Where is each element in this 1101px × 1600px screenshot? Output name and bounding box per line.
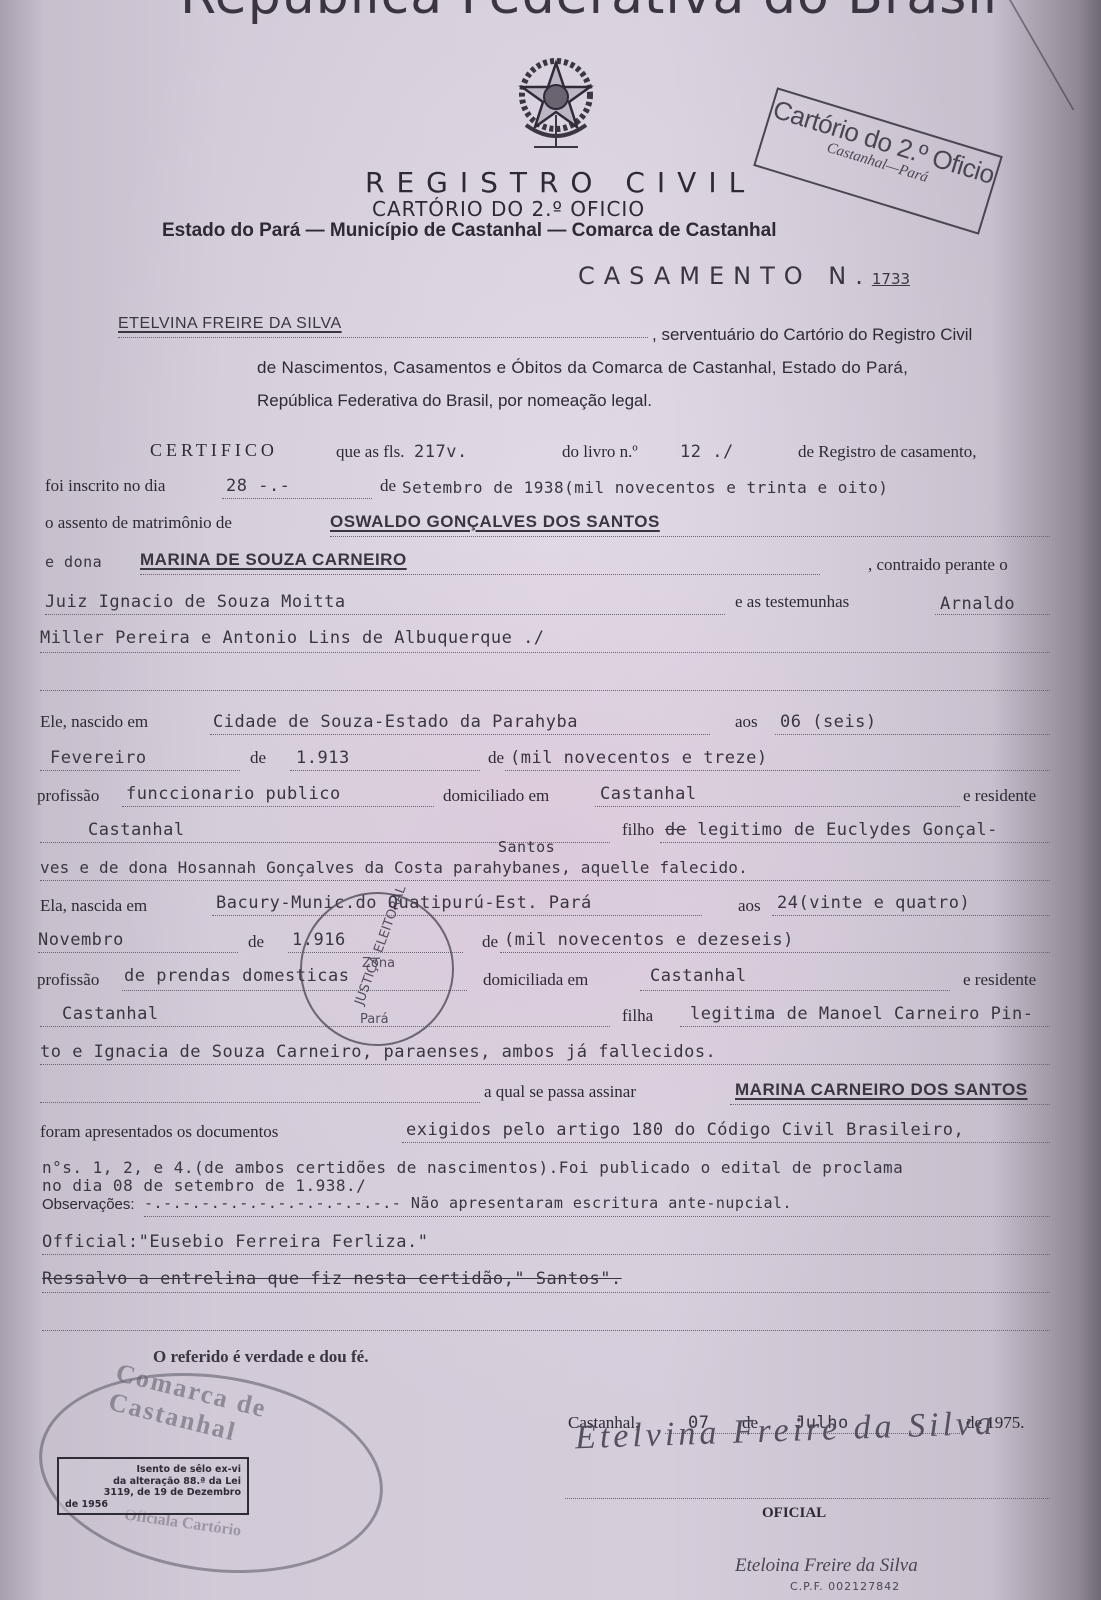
fls-value: 217v. <box>414 442 468 462</box>
documents-line3: no dia 08 de setembro de 1.938./ <box>42 1176 366 1195</box>
case-number: 1733 <box>872 270 910 288</box>
ressalva-line: Ressalvo a entrelina que fiz nesta certi… <box>42 1269 622 1289</box>
bride-filha-label: filha <box>622 1006 653 1026</box>
dotted-rule <box>935 614 1050 615</box>
dotted-rule <box>42 1330 1050 1331</box>
inscrito-day: 28 -.- <box>226 476 290 496</box>
bride-aos-label: aos <box>738 896 761 916</box>
dotted-rule <box>290 770 480 771</box>
contraido-label: , contraido perante o <box>868 555 1008 575</box>
stamp-duty-exemption-box: Isento de sêlo ex-vi da alteração 88.ª d… <box>57 1457 249 1515</box>
bride-profession-label: profissão <box>37 970 99 990</box>
assento-label: o assento de matrimônio de <box>45 513 232 533</box>
registry-title: REGISTRO CIVIL <box>365 166 756 199</box>
dotted-rule <box>222 498 372 499</box>
bride-de-label: de <box>248 932 264 952</box>
groom-birthplace: Cidade de Souza-Estado da Parahyba <box>213 712 578 732</box>
observations-value: -.-.-.-.-.-.-.-.-.-.-.-.-.- Não apresent… <box>144 1194 792 1212</box>
inscrito-date: Setembro de 1938(mil novecentos e trinta… <box>402 478 888 497</box>
married-name: MARINA CARNEIRO DOS SANTOS <box>735 1080 1028 1100</box>
exemption-line: da alteração 88.ª da Lei <box>65 1476 241 1488</box>
dotted-rule <box>775 734 1050 735</box>
witnesses-line: Miller Pereira e Antonio Lins de Albuque… <box>40 628 545 648</box>
signature-line <box>565 1498 1050 1499</box>
dotted-rule <box>595 806 960 807</box>
observations-label: Observações: <box>42 1196 135 1213</box>
dotted-rule <box>40 1064 1050 1065</box>
documents-line2: n°s. 1, 2, e 4.(de ambos certidões de na… <box>42 1158 903 1177</box>
witness-first-name: Arnaldo <box>940 594 1015 614</box>
dotted-rule <box>122 806 434 807</box>
exemption-line: 3119, de 19 de Dezembro <box>65 1487 241 1499</box>
dotted-rule <box>45 614 725 615</box>
judge-name: Juiz Ignacio de Souza Moitta <box>45 592 346 612</box>
exemption-line: Isento de sêlo ex-vi <box>65 1464 241 1476</box>
dotted-rule <box>140 574 820 575</box>
location-line: Estado do Pará — Município de Castanhal … <box>162 220 776 242</box>
bride-domicile-label: domiciliada em <box>483 970 588 990</box>
dotted-rule <box>42 1292 1050 1293</box>
case-heading: CASAMENTO N.1733 <box>578 262 910 290</box>
dotted-rule <box>500 952 1050 953</box>
groom-profession: funccionario publico <box>126 784 341 804</box>
groom-birth-year: 1.913 <box>296 748 350 768</box>
bride-name: MARINA DE SOUZA CARNEIRO <box>140 550 407 570</box>
groom-resident-label: e residente <box>963 786 1036 806</box>
stamp-state-text: Pará <box>360 1012 389 1027</box>
dotted-rule <box>42 1254 1050 1255</box>
groom-birth-month: Fevereiro <box>50 748 147 768</box>
year-suffix: 75. <box>1003 1413 1024 1432</box>
de-label: de <box>380 476 396 496</box>
exemption-line: de 1956 <box>65 1499 241 1511</box>
dotted-rule <box>40 690 1050 691</box>
bride-domicile: Castanhal <box>650 966 747 986</box>
dotted-rule <box>40 880 1050 881</box>
groom-aos-label: aos <box>735 712 758 732</box>
dotted-rule <box>730 1104 1050 1105</box>
groom-name: OSWALDO GONÇALVES DOS SANTOS <box>330 512 660 532</box>
documents-label: foram apresentados os documentos <box>40 1122 278 1142</box>
dotted-rule <box>210 734 710 735</box>
groom-domicile-label: domiciliado em <box>443 786 549 806</box>
bride-de-label-2: de <box>482 932 498 952</box>
groom-parents-line1: de legitimo de Euclydes Gonçal- <box>665 820 998 840</box>
official-label: OFICIAL <box>762 1505 826 1522</box>
groom-profession-label: profissão <box>37 786 99 806</box>
bride-resident-label: e residente <box>963 970 1036 990</box>
dotted-rule <box>505 770 1050 771</box>
dotted-rule <box>660 842 1050 843</box>
bride-birth-year-words: (mil novecentos e dezeseis) <box>504 930 794 950</box>
case-label: CASAMENTO N. <box>578 262 872 290</box>
dotted-rule <box>144 1216 1050 1217</box>
dotted-rule <box>40 1102 480 1103</box>
groom-born-label: Ele, nascido em <box>40 712 148 732</box>
groom-birth-day: 06 (seis) <box>780 712 877 732</box>
dotted-rule <box>38 952 238 953</box>
bride-birth-day: 24(vinte e quatro) <box>777 893 970 913</box>
livro-value: 12 ./ <box>680 442 734 462</box>
groom-residence: Castanhal <box>88 820 185 840</box>
signs-as-label: a qual se passa assinar <box>484 1082 636 1102</box>
dotted-rule <box>772 915 1050 916</box>
groom-de-label-2: de <box>488 748 504 768</box>
official-name-stamp: Eteloina Freire da Silva <box>735 1555 918 1577</box>
witnesses-label: e as testemunhas <box>735 592 849 612</box>
stamp-zone-text: Zona <box>362 956 395 971</box>
groom-birth-year-words: (mil novecentos e treze) <box>510 748 768 768</box>
brazil-coat-of-arms-icon <box>508 55 604 151</box>
dotted-rule <box>640 990 950 991</box>
dotted-rule <box>680 1026 1050 1027</box>
preamble-line1: , serventuário do Cartório do Registro C… <box>652 325 972 345</box>
electoral-court-stamp: JUSTIÇA ELEITORAL Zona Pará <box>300 892 454 1046</box>
office-title: CARTÓRIO DO 2.º OFICIO <box>372 197 645 221</box>
bride-residence: Castanhal <box>62 1004 159 1024</box>
bride-born-label: Ela, nascida em <box>40 896 147 916</box>
livro-label: do livro n.º <box>562 442 638 462</box>
bride-parents-line1: legitima de Manoel Carneiro Pin- <box>690 1004 1034 1024</box>
groom-domicile: Castanhal <box>600 784 697 804</box>
bride-birth-month: Novembro <box>38 930 124 950</box>
dotted-rule <box>40 652 1050 653</box>
preamble-line3: República Federativa do Brasil, por nome… <box>257 391 652 411</box>
fls-label: que as fls. <box>336 442 404 462</box>
registro-label: de Registro de casamento, <box>798 442 976 462</box>
groom-de-label: de <box>250 748 266 768</box>
preamble-line2: de Nascimentos, Casamentos e Óbitos da C… <box>257 358 908 378</box>
groom-parents-line2: ves e de dona Hosannah Gonçalves da Cost… <box>40 858 748 877</box>
official-name: ETELVINA FREIRE DA SILVA <box>118 315 342 333</box>
groom-parents-text: legitimo de Euclydes Gonçal- <box>697 820 998 840</box>
inscrito-label: foi inscrito no dia <box>45 476 165 496</box>
dotted-rule <box>330 536 1050 537</box>
dotted-rule <box>212 915 702 916</box>
struck-text: de <box>665 820 686 840</box>
official-line: Official:"Eusebio Ferreira Ferliza." <box>42 1232 428 1252</box>
attestation-text: O referido é verdade e dou fé. <box>153 1347 368 1367</box>
official-cpf: C.P.F. 002127842 <box>790 1580 900 1593</box>
dotted-rule <box>118 337 648 338</box>
dona-label: e dona <box>45 553 102 571</box>
certifico-label: CERTIFICO <box>150 440 278 461</box>
dotted-rule <box>40 770 240 771</box>
dotted-rule <box>402 1142 1050 1143</box>
letterhead-banner: República Federativa do Brasil <box>180 0 1000 26</box>
documents-value: exigidos pelo artigo 180 do Código Civil… <box>406 1120 964 1140</box>
groom-filho-label: filho <box>622 820 654 840</box>
stamp-arc-text: JUSTIÇA ELEITORAL <box>352 884 409 1007</box>
interlinear-insertion: Santos <box>498 838 555 856</box>
